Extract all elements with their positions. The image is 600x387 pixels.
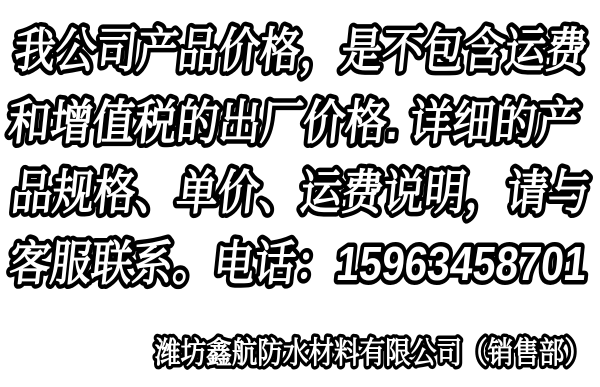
- notice-line-1: 我公司产品价格，是不包含运费: [12, 24, 591, 79]
- notice-line-2: 和增值税的出厂价格. 详细的产: [6, 96, 582, 150]
- notice-banner-svg: 我公司产品价格，是不包含运费 和增值税的出厂价格. 详细的产 品规格、单价、运费…: [0, 0, 600, 387]
- company-signature: 潍坊鑫航防水材料有限公司（销售部）: [154, 336, 590, 370]
- notice-line-3: 品规格、单价、运费说明，请与: [9, 166, 593, 221]
- notice-line-4-phone: 客服联系。电话：15963458701: [7, 237, 590, 291]
- notice-banner: 我公司产品价格，是不包含运费 和增值税的出厂价格. 详细的产 品规格、单价、运费…: [0, 0, 600, 387]
